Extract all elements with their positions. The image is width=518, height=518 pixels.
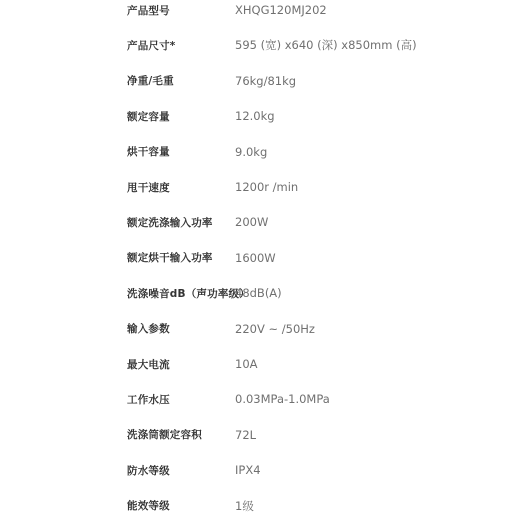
spec-row-dry-power: 额定烘干输入功率 1600W — [0, 248, 518, 268]
spec-label: 甩干速度 — [127, 180, 170, 195]
spec-label: 洗涤筒额定容积 — [127, 427, 202, 442]
spec-value: 12.0kg — [235, 109, 275, 123]
spec-value: XHQG120MJ202 — [235, 3, 327, 17]
spec-row-drying-capacity: 烘干容量 9.0kg — [0, 142, 518, 162]
spec-label: 最大电流 — [127, 357, 170, 372]
spec-row-dimensions: 产品尺寸* 595 (宽) x640 (深) x850mm (高) — [0, 35, 518, 55]
spec-label: 烘干容量 — [127, 144, 170, 159]
spec-row-drum-volume: 洗涤筒额定容积 72L — [0, 425, 518, 445]
spec-value: 10A — [235, 357, 258, 371]
spec-row-input: 输入参数 220V ~ /50Hz — [0, 319, 518, 339]
spec-label: 额定烘干输入功率 — [127, 250, 213, 265]
spec-value: 76kg/81kg — [235, 74, 296, 88]
spec-value: 595 (宽) x640 (深) x850mm (高) — [235, 37, 417, 53]
spec-row-model: 产品型号 XHQG120MJ202 — [0, 0, 518, 20]
spec-row-weight: 净重/毛重 76kg/81kg — [0, 71, 518, 91]
spec-value: 220V ~ /50Hz — [235, 322, 315, 336]
spec-value: 0.03MPa-1.0MPa — [235, 392, 330, 406]
spec-row-noise: 洗涤噪音dB（声功率级） 48dB(A) — [0, 283, 518, 303]
spec-label: 产品型号 — [127, 3, 170, 18]
spec-value: 1200r /min — [235, 180, 298, 194]
spec-value: IPX4 — [235, 463, 261, 477]
spec-value: 72L — [235, 428, 256, 442]
spec-label: 净重/毛重 — [127, 73, 174, 88]
spec-row-rated-capacity: 额定容量 12.0kg — [0, 106, 518, 126]
spec-label: 工作水压 — [127, 392, 170, 407]
spec-label: 防水等级 — [127, 463, 170, 478]
spec-label: 能效等级 — [127, 498, 170, 513]
spec-label: 额定洗涤输入功率 — [127, 215, 213, 230]
spec-value: 48dB(A) — [235, 286, 282, 300]
spec-label: 输入参数 — [127, 321, 170, 336]
spec-value: 1级 — [235, 498, 254, 514]
spec-row-waterproof: 防水等级 IPX4 — [0, 460, 518, 480]
spec-value: 200W — [235, 215, 268, 229]
spec-value: 9.0kg — [235, 145, 267, 159]
spec-label: 洗涤噪音dB（声功率级） — [127, 286, 250, 301]
spec-value: 1600W — [235, 251, 276, 265]
spec-row-energy-grade: 能效等级 1级 — [0, 496, 518, 516]
spec-row-spin-speed: 甩干速度 1200r /min — [0, 177, 518, 197]
spec-label: 产品尺寸* — [127, 38, 176, 53]
spec-row-max-current: 最大电流 10A — [0, 354, 518, 374]
spec-label: 额定容量 — [127, 109, 170, 124]
spec-row-wash-power: 额定洗涤输入功率 200W — [0, 212, 518, 232]
spec-row-water-pressure: 工作水压 0.03MPa-1.0MPa — [0, 389, 518, 409]
